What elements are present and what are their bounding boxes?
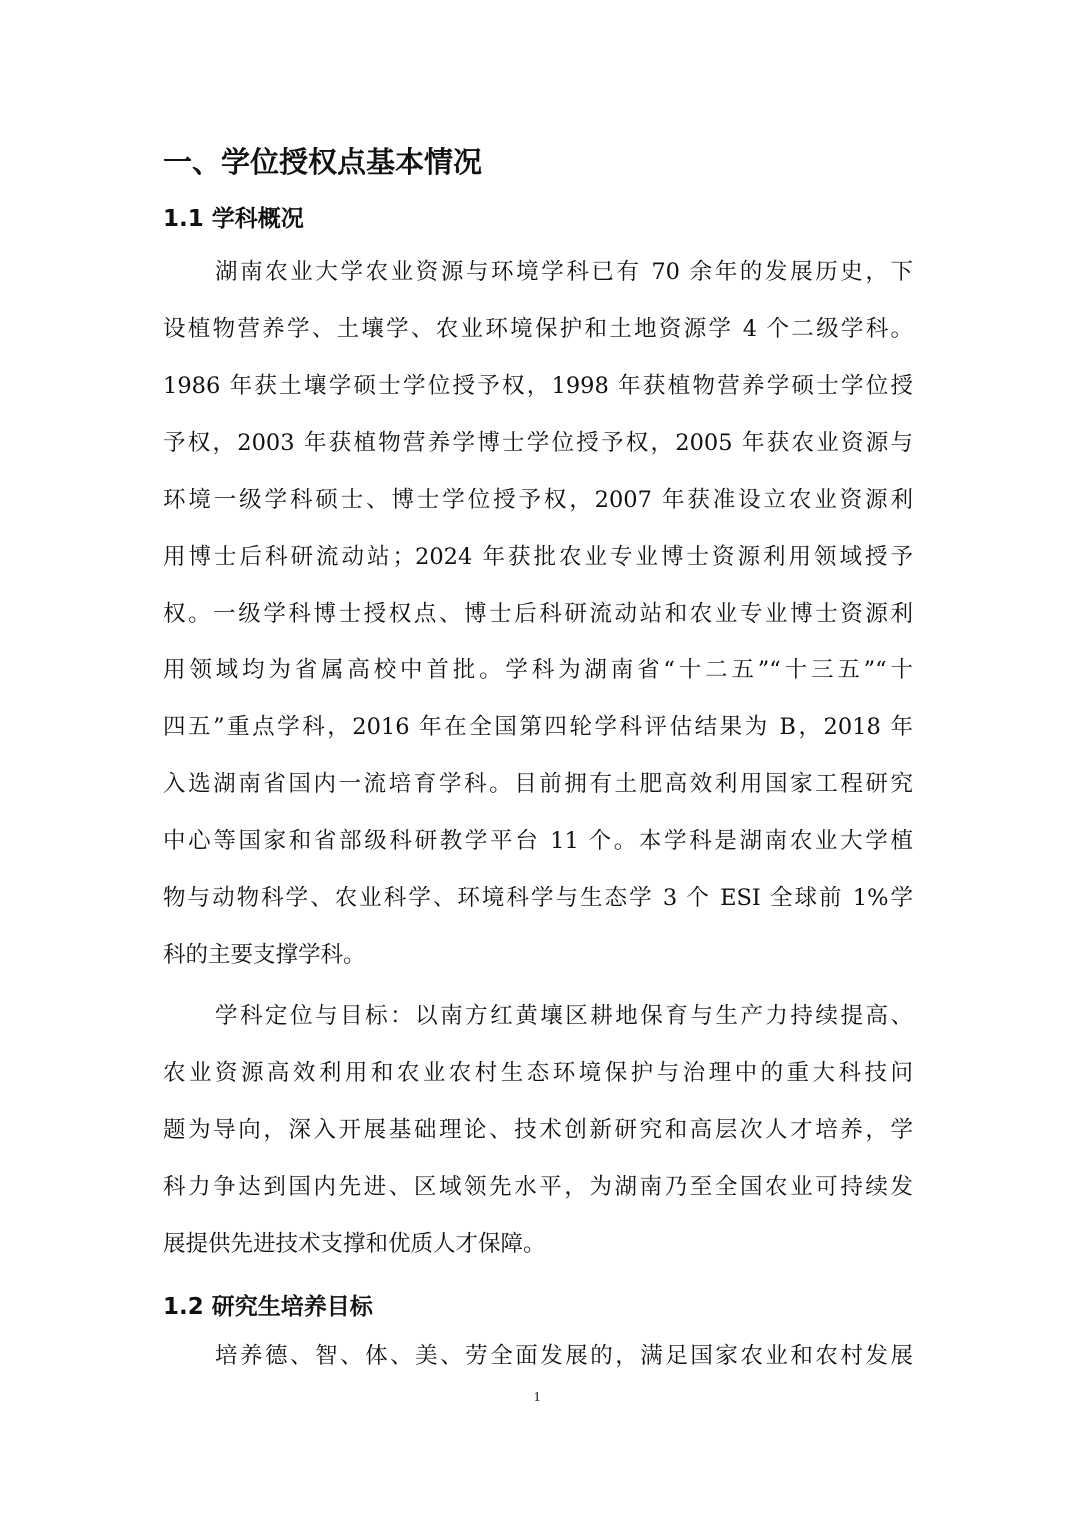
section-heading-1-2: 1.2 研究生培养目标 (163, 1288, 373, 1321)
text-line: 权。一级学科博士授权点、博士后科研流动站和农业专业博士资源利 (163, 599, 913, 629)
text-line: 用领域均为省属高校中首批。学科为湖南省“十二五”“十三五”“十 (163, 655, 913, 685)
text-line: 用博士后科研流动站；2024 年获批农业专业博士资源利用领域授予 (163, 542, 913, 572)
text-line: 予权，2003 年获植物营养学博士学位授予权，2005 年获农业资源与 (163, 428, 913, 458)
heading-level-1: 一、学位授权点基本情况 (163, 140, 482, 181)
text-line: 四五”重点学科，2016 年在全国第四轮学科评估结果为 B，2018 年 (163, 712, 913, 742)
text-line: 湖南农业大学农业资源与环境学科已有 70 余年的发展历史，下 (215, 257, 913, 287)
text-line: 入选湖南省国内一流培育学科。目前拥有土肥高效利用国家工程研究 (163, 769, 913, 799)
text-line: 学科定位与目标：以南方红黄壤区耕地保育与生产力持续提高、 (215, 1001, 913, 1031)
section-heading-1-1: 1.1 学科概况 (163, 200, 304, 233)
text-line: 培养德、智、体、美、劳全面发展的，满足国家农业和农村发展 (215, 1341, 913, 1371)
text-line: 物与动物科学、农业科学、环境科学与生态学 3 个 ESI 全球前 1%学 (163, 883, 913, 913)
text-line: 1986 年获土壤学硕士学位授予权，1998 年获植物营养学硕士学位授 (163, 371, 913, 401)
text-line: 科力争达到国内先进、区域领先水平，为湖南乃至全国农业可持续发 (163, 1172, 913, 1202)
text-line: 环境一级学科硕士、博士学位授予权，2007 年获准设立农业资源利 (163, 485, 913, 515)
text-line: 设植物营养学、土壤学、农业环境保护和土地资源学 4 个二级学科。 (163, 314, 913, 344)
text-line: 中心等国家和省部级科研教学平台 11 个。本学科是湖南农业大学植 (163, 826, 913, 856)
page-number: 1 (0, 1390, 1074, 1406)
text-line: 题为导向，深入开展基础理论、技术创新研究和高层次人才培养，学 (163, 1115, 913, 1145)
text-line: 农业资源高效利用和农业农村生态环境保护与治理中的重大科技问 (163, 1058, 913, 1088)
text-line: 科的主要支撑学科。 (163, 940, 913, 970)
text-line: 展提供先进技术支撑和优质人才保障。 (163, 1229, 913, 1259)
document-page: 一、学位授权点基本情况 1.1 学科概况 湖南农业大学农业资源与环境学科已有 7… (0, 0, 1074, 1520)
